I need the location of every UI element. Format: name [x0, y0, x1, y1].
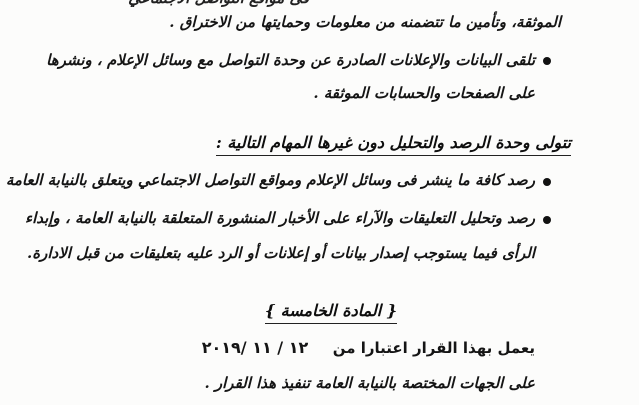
bullet-line-1: تلقى البيانات والإعلانات الصادرة عن وحدة…: [46, 50, 535, 70]
scanned-document-page: فى مواقع التواصل الاجتماعي الموثقة، وتأم…: [0, 0, 639, 405]
paragraph-line: الموثقة، وتأمين ما تتضمنه من معلومات وحم…: [169, 12, 561, 32]
bullet-line-2: على الصفحات والحسابات الموثقة .: [313, 83, 535, 103]
section-heading: تتولى وحدة الرصد والتحليل دون غيرها المه…: [216, 132, 571, 156]
bullet-icon: [543, 216, 551, 224]
bullet-icon: [543, 57, 551, 65]
article-heading: { المادة الخامسة }: [265, 300, 397, 324]
effective-date-value: ١٢ / ١١ /٢٠١٩: [202, 338, 309, 357]
closing-line: على الجهات المختصة بالنيابة العامة تنفيذ…: [204, 373, 535, 393]
bullet-line-2: الرأى فيما يستوجب إصدار بيانات أو إعلانا…: [27, 243, 535, 263]
effective-date-line: يعمل بهذا القرار اعتبارا من ١٢ / ١١ /٢٠١…: [202, 338, 535, 358]
cut-off-top-line: فى مواقع التواصل الاجتماعي: [128, 0, 309, 8]
bullet-icon: [543, 178, 551, 186]
effective-date-prefix: يعمل بهذا القرار اعتبارا من: [333, 339, 535, 357]
bullet-line: رصد كافة ما ينشر فى وسائل الإعلام ومواقع…: [6, 170, 535, 190]
bullet-line-1: رصد وتحليل التعليقات والآراء على الأخبار…: [25, 208, 535, 228]
